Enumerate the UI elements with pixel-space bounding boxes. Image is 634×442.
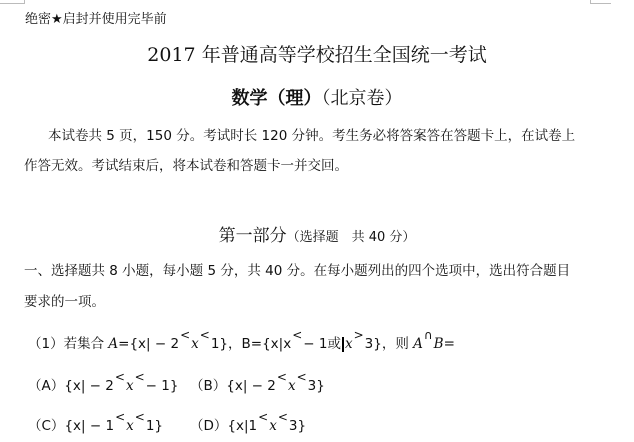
text-cursor [342, 337, 344, 352]
option-a: （A）{x| − 2<x<− 1} [28, 374, 178, 394]
part1-title: 第一部分 [219, 226, 287, 246]
region-label: （北京卷） [322, 88, 403, 109]
option-b: （B）{x| − 2<x<3} [190, 374, 325, 394]
subject-label: 数学（理） [232, 88, 322, 109]
crop-mark-top-right [590, 0, 611, 4]
part1-instruction-1: 一、选择题共 8 小题，每小题 5 分，共 40 分。在每小题列出的四个选项中，… [24, 259, 570, 279]
exam-title: 2017 年普通高等学校招生全国统一考试 [0, 40, 634, 67]
secret-notice: 绝密★启封并使用完毕前 [25, 8, 167, 27]
part1-note: （选择题 共 40 分） [287, 230, 416, 245]
option-d: （D）{x|1<x<3} [190, 414, 306, 434]
exam-subtitle: 数学（理）（北京卷） [0, 84, 634, 110]
intro-line-1: 本试卷共 5 页，150 分。考试时长 120 分钟。考生务必将答案答在答题卡上… [48, 124, 575, 144]
option-c: （C）{x| − 1<x<1} [28, 414, 163, 434]
part1-instruction-2: 要求的一项。 [24, 290, 105, 310]
crop-mark-top-left [0, 0, 25, 4]
part1-heading: 第一部分（选择题 共 40 分） [0, 221, 634, 246]
question-1-stem: （1）若集合 A={x| − 2<x<1}，B={x|x<− 1或x>3}，则 … [28, 332, 455, 352]
intro-line-2: 作答无效。考试结束后，将本试卷和答题卡一并交回。 [24, 154, 348, 174]
